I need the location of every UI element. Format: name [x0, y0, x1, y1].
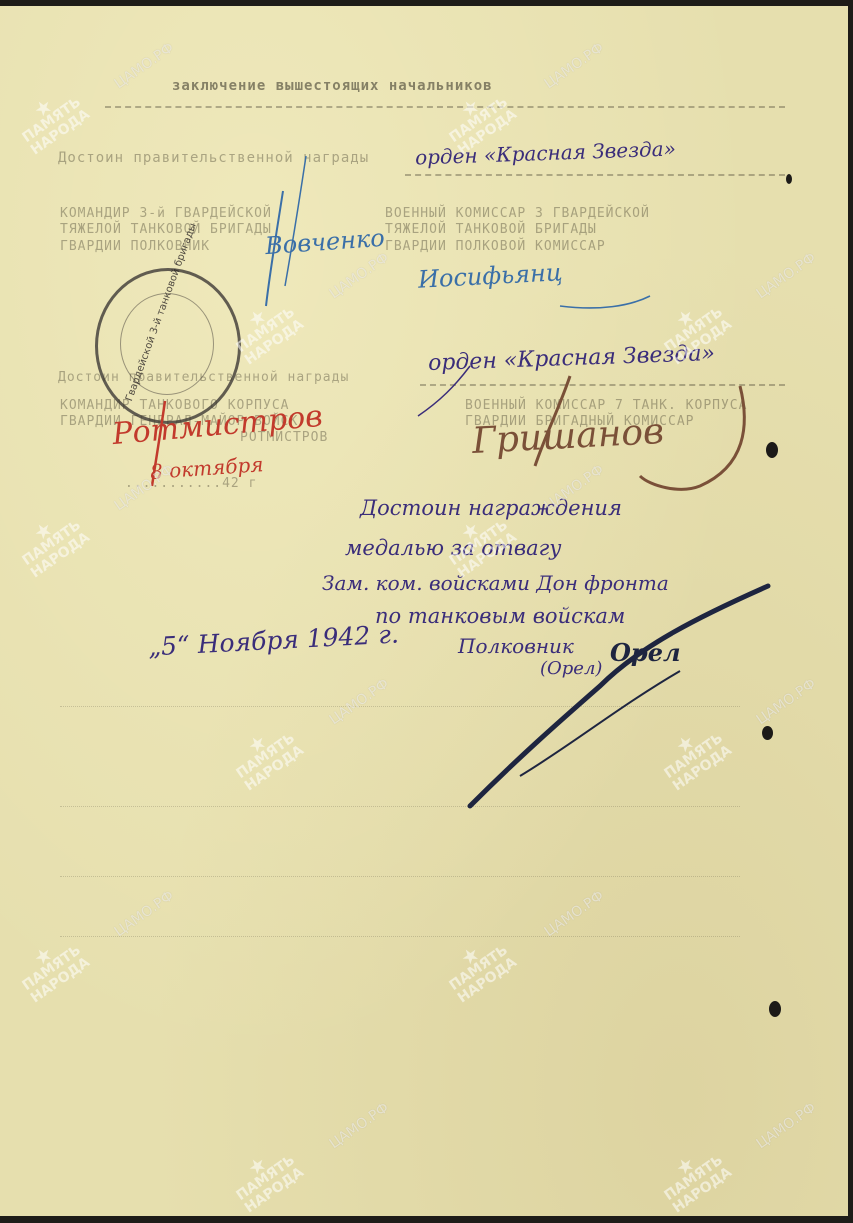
punch-hole: [766, 442, 778, 458]
binding-mark: [786, 174, 792, 184]
punch-hole: [769, 1001, 781, 1017]
punch-hole: [762, 726, 773, 740]
document-page: заключение вышестоящих начальников Досто…: [0, 6, 848, 1216]
ink-strokes: [0, 6, 848, 1216]
